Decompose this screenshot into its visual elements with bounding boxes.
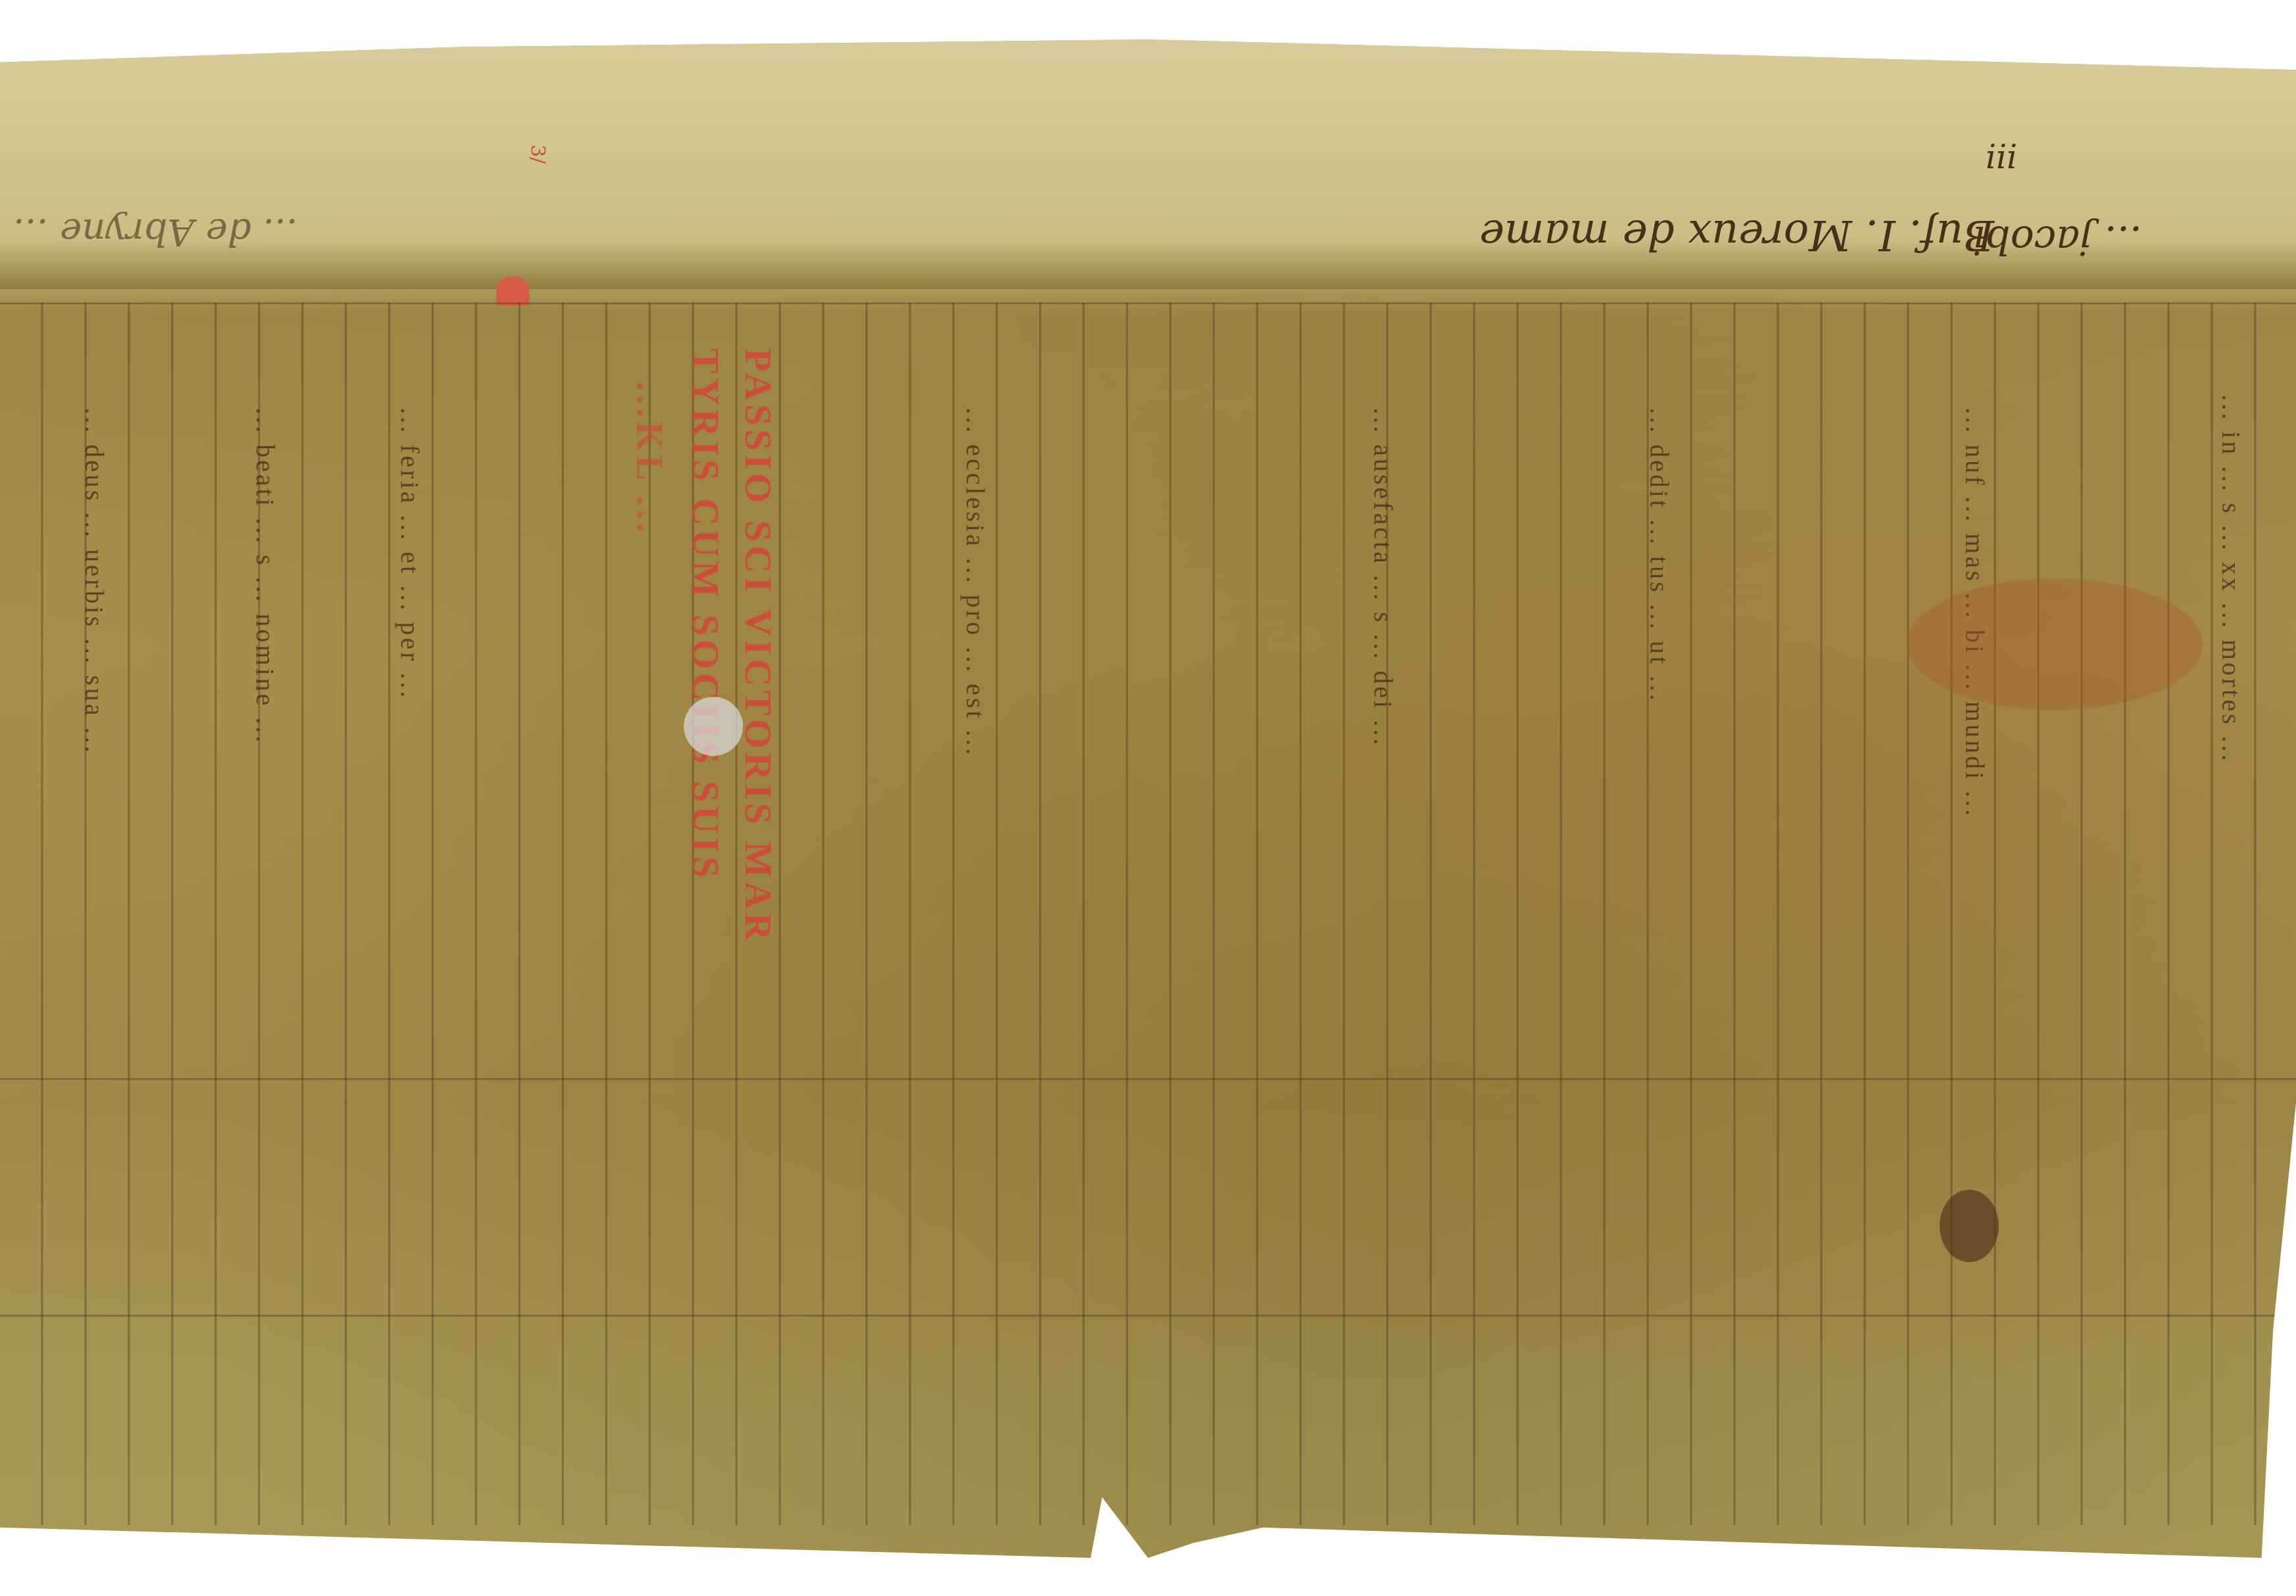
- text-column: ... dedit ... tus ... ut ...: [1644, 408, 1675, 1065]
- parchment-fragment: Buf. I. Moreux de mame ... jacobi ... de…: [0, 39, 2296, 1558]
- text-column: ... deus ... uerbis ... sua ...: [79, 408, 110, 1065]
- ink-stain: [1940, 1190, 1999, 1262]
- text-column: ... beati ... s ... nomine ...: [250, 408, 281, 1065]
- upside-down-inscription-right: ... jacobi: [1973, 217, 2142, 263]
- upside-down-inscription-left: ... de Abryne ...: [13, 210, 298, 253]
- parchment-hole-patch: [684, 697, 743, 756]
- upside-down-inscription-main: Buf. I. Moreux de mame: [1479, 210, 1994, 259]
- text-column: ... ecclesia ... pro ... est ...: [960, 408, 991, 1065]
- red-ink-blot: [496, 276, 529, 306]
- rubric-line-1: PASSIO SCI VICTORIS MAR: [736, 348, 780, 1071]
- ruled-text-columns: [0, 302, 2296, 1525]
- text-column: ... feria ... et ... per ...: [395, 408, 425, 1065]
- folio-number: iii: [1986, 138, 2017, 176]
- text-column: ... ausefacta ... s ... dei ...: [1368, 408, 1399, 1065]
- ruling-line: [0, 1078, 2296, 1080]
- text-column: ... nuf ... mas ... bi ... mundi ...: [1959, 408, 1990, 1065]
- water-stain: [1907, 578, 2203, 710]
- rubric-line-3: ...KL ...: [628, 381, 672, 578]
- ruling-line: [0, 302, 2296, 304]
- text-column: ... in ... s ... xx ... mortes ...: [2216, 394, 2247, 1052]
- red-marginal-mark: 3/: [526, 145, 549, 164]
- ruling-line: [0, 1315, 2296, 1317]
